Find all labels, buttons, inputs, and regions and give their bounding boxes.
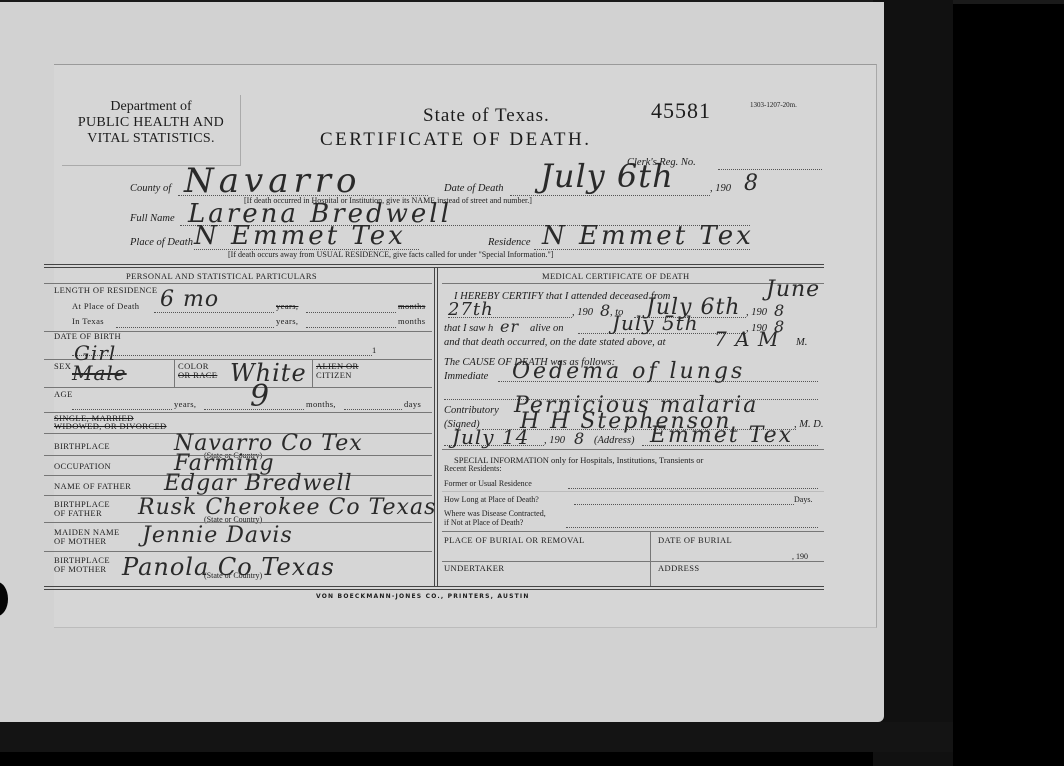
signed-year-value: 8 <box>574 429 585 448</box>
former-residence-label: Former or Usual Residence <box>444 479 532 488</box>
in-texas-line <box>116 327 274 328</box>
year-suffix: 8 <box>744 171 759 196</box>
contributory-label: Contributory <box>444 405 499 416</box>
department-line1: Department of <box>62 99 240 115</box>
age-months-line <box>204 409 304 410</box>
mother-birthplace-state-note: (State or Country) <box>204 571 262 580</box>
rule <box>312 359 313 387</box>
date-of-death-label: Date of Death <box>444 183 504 194</box>
immediate-label: Immediate <box>444 371 488 382</box>
attended-from-value: June <box>766 277 820 302</box>
attended-from-year: , 190 <box>572 307 593 318</box>
paper-sheet: Department of PUBLIC HEALTH AND VITAL ST… <box>0 2 884 722</box>
place-of-death-label: Place of Death <box>130 237 193 248</box>
father-birthplace-value: Rusk Cherokee Co Texas <box>138 495 436 520</box>
scanner-margin <box>873 0 953 766</box>
signed-date-value: July 14 <box>452 425 529 449</box>
saw-alive-value: July 5th <box>612 311 699 335</box>
scanner-bottom-margin <box>0 722 953 752</box>
age-days-line <box>344 409 402 410</box>
burial-place-label: PLACE OF BURIAL OR REMOVAL <box>444 535 585 545</box>
address-value: Emmet Tex <box>650 423 793 448</box>
how-long-label: How Long at Place of Death? <box>444 495 539 504</box>
father-birthplace-label2: OF FATHER <box>54 508 102 518</box>
rule <box>442 449 824 450</box>
in-texas-years: years, <box>276 316 298 326</box>
at-place-years: years, <box>276 301 298 311</box>
occurred-text: and that death occurred, on the date sta… <box>444 337 666 348</box>
full-name-label: Full Name <box>130 213 175 224</box>
rule <box>44 551 432 552</box>
date-of-death-value: July 6th <box>540 157 674 195</box>
at-place-line <box>154 312 274 313</box>
in-texas-months: months <box>398 316 425 326</box>
address-label: (Address) <box>594 435 634 446</box>
age-years-line <box>72 409 172 410</box>
department-line2: PUBLIC HEALTH AND <box>62 115 240 131</box>
race-label: OR RACE <box>178 370 217 380</box>
residence-note: [If death occurs away from USUAL RESIDEN… <box>228 250 553 259</box>
saw-pronoun-value: er <box>500 317 519 336</box>
former-residence-line <box>568 488 818 489</box>
clerk-reg-line <box>718 169 822 170</box>
signed-year: , 190 <box>544 435 565 446</box>
father-name-value: Edgar Bredwell <box>164 471 353 496</box>
undertaker-address-label: ADDRESS <box>658 563 700 573</box>
mother-maiden-value: Jennie Davis <box>142 523 293 548</box>
punch-hole <box>0 582 8 616</box>
md-label: , M. D. <box>794 419 823 430</box>
m-label: M. <box>796 337 807 348</box>
date-of-birth-line <box>72 355 372 356</box>
in-texas-label: In Texas <box>72 316 104 326</box>
father-name-label: NAME OF FATHER <box>54 481 131 491</box>
age-days-label: days <box>404 399 421 409</box>
special-title-line2: Recent Residents: <box>444 464 502 473</box>
at-place-months: months <box>398 301 425 311</box>
sex-value-struck: Male <box>72 361 127 385</box>
death-certificate: Department of PUBLIC HEALTH AND VITAL ST… <box>54 64 877 628</box>
marital-line2: WIDOWED, OR DIVORCED <box>54 421 167 431</box>
age-label: AGE <box>54 389 73 399</box>
undertaker-label: UNDERTAKER <box>444 563 504 573</box>
contracted-line <box>566 527 818 528</box>
county-value: Navarro <box>184 161 361 201</box>
in-texas-months-line <box>306 327 396 328</box>
place-of-death-value: N Emmet Tex <box>194 221 406 251</box>
time-value: 7 A M <box>714 327 779 351</box>
medical-section-title: MEDICAL CERTIFICATE OF DEATH <box>542 271 690 281</box>
burial-date-label: DATE OF BURIAL <box>658 535 732 545</box>
sex-label: SEX <box>54 361 71 371</box>
year-prefix: , 190 <box>710 183 731 194</box>
citizen-label: CITIZEN <box>316 370 352 380</box>
date-of-birth-label: DATE OF BIRTH <box>54 331 121 341</box>
certificate-title: CERTIFICATE OF DEATH. <box>320 129 591 151</box>
rule <box>44 387 432 388</box>
rule <box>174 359 175 387</box>
residence-value: N Emmet Tex <box>542 221 754 251</box>
department-line3: VITAL STATISTICS. <box>62 131 240 147</box>
personal-section-title: PERSONAL AND STATISTICAL PARTICULARS <box>126 271 317 281</box>
county-label: County of <box>130 183 171 194</box>
burial-year: , 190 <box>792 552 808 561</box>
department-box: Department of PUBLIC HEALTH AND VITAL ST… <box>62 95 241 166</box>
mother-maiden-label2: OF MOTHER <box>54 536 106 546</box>
saw-alive-pre: that I saw h <box>444 323 493 334</box>
at-place-label: At Place of Death <box>72 301 139 311</box>
rule <box>44 283 432 284</box>
footer-rule <box>44 586 824 590</box>
attended-to-year: , 190 <box>746 307 767 318</box>
dob-year-suffix: 1 <box>372 345 377 355</box>
saw-alive-post: alive on <box>530 323 564 334</box>
contracted-line1: Where was Disease Contracted, <box>444 509 546 518</box>
printer-credit: VON BOECKMANN-JONES CO., PRINTERS, AUSTI… <box>316 593 530 600</box>
immediate-value: Oedema of lungs <box>512 359 745 384</box>
certificate-number: 45581 <box>651 98 711 124</box>
rule <box>442 561 824 562</box>
rule <box>442 491 824 492</box>
age-months-label: months, <box>306 399 336 409</box>
rule <box>442 531 824 532</box>
residence-label: Residence <box>488 237 531 248</box>
date-of-death-line <box>510 195 710 196</box>
how-long-line <box>574 504 794 505</box>
birthplace-label: BIRTHPLACE <box>54 441 110 451</box>
rule <box>650 531 651 586</box>
mother-birthplace-label2: OF MOTHER <box>54 564 106 574</box>
at-place-months-line <box>306 312 396 313</box>
days-label: Days. <box>794 495 812 504</box>
column-divider <box>434 268 438 586</box>
age-years-label: years, <box>174 399 196 409</box>
form-number: 1303-1207-20m. <box>750 101 797 109</box>
occupation-label: OCCUPATION <box>54 461 111 471</box>
at-place-value: 6 mo <box>160 287 219 312</box>
length-of-residence-label: LENGTH OF RESIDENCE <box>54 285 157 295</box>
contracted-line2: if Not at Place of Death? <box>444 518 523 527</box>
state-title: State of Texas. <box>423 105 550 127</box>
